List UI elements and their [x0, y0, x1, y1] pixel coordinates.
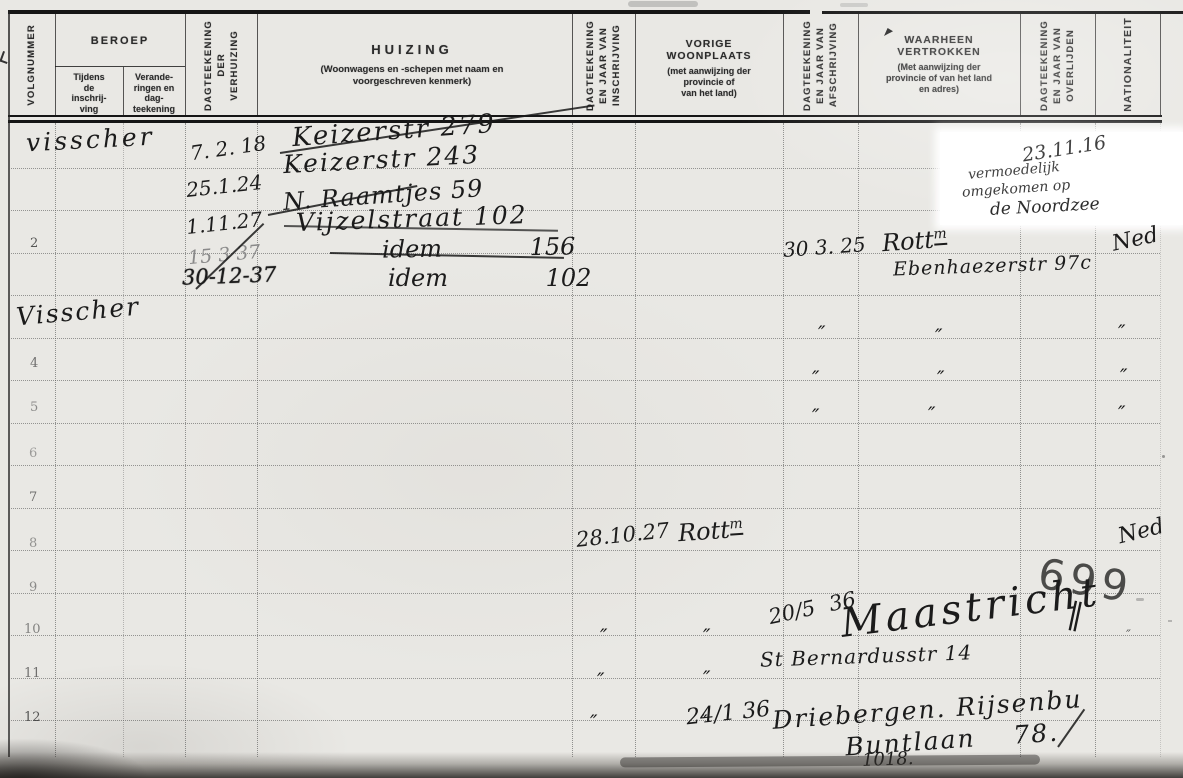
paper-smudge [628, 1, 698, 7]
entry-verhuizing-date: 30-12-37 [182, 264, 277, 288]
ditto-mark: ″ [597, 668, 604, 692]
ditto-mark: ″ [812, 366, 819, 390]
grid-line [123, 123, 124, 757]
header-rule [8, 115, 1162, 117]
row-line [8, 380, 1160, 381]
entry-vorige-woonplaats: Rottm [677, 517, 744, 545]
entry-huizing: idem 102 [388, 266, 591, 290]
row-number: 12 [24, 710, 41, 725]
row-line [8, 465, 1160, 466]
row-number: 10 [24, 622, 41, 637]
column-header-label: WAARHEEN [858, 34, 1020, 46]
entry-inschrijving-date: 28.10.27 [575, 520, 670, 551]
column-header-label: HUIZING [371, 42, 452, 57]
entry-verhuizing-date: 25.1.24 [185, 172, 263, 200]
column-header-label: (Met aanwijzing der [858, 62, 1020, 73]
column-header-label: DAGTEEKENING [203, 20, 214, 111]
entry-waarheen-extra: 1018. [862, 750, 914, 770]
grid-line [257, 14, 258, 115]
row-line [8, 635, 1160, 636]
column-header-afschrijving: DAGTEEKENING EN JAAR VAN AFSCHRIJVING [783, 16, 858, 114]
ditto-mark: ″ [600, 624, 607, 648]
grid-line [635, 123, 636, 757]
column-header-beroep: BEROEP [55, 35, 185, 47]
column-header-label: (met aanwijzing der [635, 66, 783, 77]
column-header-label: ving [55, 104, 123, 115]
column-header-waarheen-vertrokken: WAARHEEN VERTROKKEN [858, 34, 1020, 58]
paper-speck [1168, 620, 1172, 622]
ditto-mark: ″ [935, 324, 942, 348]
grid-line [55, 123, 56, 757]
column-header-label: en adres) [858, 84, 1020, 95]
column-header-label: DER [216, 53, 227, 77]
column-header-label: provincie of van het land [858, 73, 1020, 84]
register-card-scan: VOLGNUMMER BEROEP Tijdens de inschrij- v… [0, 0, 1183, 778]
column-header-huizing: HUIZING [262, 42, 562, 57]
column-header-waarheen-sub: (Met aanwijzing der provincie of van het… [858, 62, 1020, 95]
column-header-label: NATIONALITEIT [1122, 17, 1134, 112]
entry-afschrijving-date: 30 3. 25 [782, 234, 866, 260]
ditto-mark: ″ [1118, 320, 1125, 344]
column-header-beroep-sub1: Tijdens de inschrij- ving [55, 72, 123, 114]
row-line [8, 423, 1160, 424]
paper-speck [1136, 598, 1144, 601]
column-header-label: BEROEP [91, 35, 149, 47]
column-header-nationaliteit: NATIONALITEIT [1095, 14, 1160, 114]
scan-edge-smudge [620, 755, 1040, 768]
ditto-mark: ″ [812, 404, 819, 428]
column-header-beroep-sub2: Verande- ringen en dag- teekening [123, 72, 185, 114]
ditto-mark: ″ [937, 366, 944, 390]
column-header-label: VERHUIZING [229, 30, 240, 101]
column-header-label: EN JAAR VAN [598, 27, 609, 104]
entry-waarheen-adres: St Bernardusstr 14 [760, 642, 973, 669]
column-header-label: van het land) [635, 88, 783, 99]
column-header-label: DAGTEEKENING [1039, 20, 1050, 111]
ditto-mark: ″ [1118, 401, 1125, 425]
top-rule [8, 10, 810, 14]
row-number: 6 [29, 446, 37, 461]
column-header-vorige-sub: (met aanwijzing der provincie of van het… [635, 66, 783, 99]
row-number: 9 [29, 580, 37, 595]
column-header-label: WOONPLAATS [635, 50, 783, 62]
row-number: 4 [30, 356, 38, 371]
row-line [8, 295, 1160, 296]
column-header-label: VERTROKKEN [858, 46, 1020, 58]
column-header-label: teekening [123, 104, 185, 115]
entry-waarheen: Maastricht [839, 572, 1103, 644]
grid-line [55, 66, 185, 67]
column-header-label: EN JAAR VAN [815, 27, 826, 104]
entry-vorige-city: Rott [677, 516, 731, 548]
grid-line [572, 123, 573, 757]
column-header-overlijden: DAGTEEKENING EN JAAR VAN OVERLIJDEN [1020, 16, 1095, 114]
ditto-mark: ″ [703, 666, 710, 690]
entry-vorige-superscript: m [729, 516, 743, 536]
row-number: 2 [30, 236, 38, 251]
column-header-label: de [55, 83, 123, 94]
column-header-label: ringen en [123, 83, 185, 94]
entry-waarheen-superscript: m [933, 226, 947, 246]
ditto-mark: ″ [1126, 628, 1131, 643]
scan-edge-smudge [0, 752, 1183, 778]
column-header-label: Tijdens [55, 72, 123, 83]
row-line [8, 253, 1160, 254]
entry-nationaliteit: Ned [1110, 224, 1160, 255]
entry-waarheen: Rottm [881, 227, 948, 255]
ditto-mark: ″ [703, 624, 710, 648]
column-header-label: INSCHRIJVING [611, 24, 622, 106]
scan-edge-smudge [0, 738, 150, 778]
column-header-verhuizing: DAGTEEKENING DER VERHUIZING [185, 16, 257, 114]
entry-beroep: visscher [25, 124, 155, 156]
column-header-label: DAGTEEKENING [802, 20, 813, 111]
grid-line [8, 123, 10, 757]
ditto-mark: ″ [590, 710, 597, 734]
column-header-label: OVERLIJDEN [1065, 29, 1076, 102]
column-header-volgnummer: VOLGNUMMER [8, 16, 55, 114]
column-header-inschrijving: DAGTEEKENING EN JAAR VAN INSCHRIJVING [572, 16, 635, 114]
row-line [8, 338, 1160, 339]
entry-waarheen-adres: Ebenhaezerstr 97c [893, 254, 1093, 280]
column-header-label: EN JAAR VAN [1052, 27, 1063, 104]
ditto-mark: ″ [1120, 364, 1127, 388]
row-number: 5 [30, 400, 38, 415]
row-line [8, 508, 1160, 509]
row-line [8, 678, 1160, 679]
grid-line [635, 14, 636, 115]
row-line [8, 720, 1160, 721]
row-number: 7 [29, 490, 37, 505]
column-header-label: provincie of [635, 77, 783, 88]
column-header-huizing-sub: (Woonwagens en -schepen met naam en voor… [262, 64, 562, 88]
column-header-label: VOLGNUMMER [26, 24, 37, 106]
column-header-label: Verande- [123, 72, 185, 83]
header-rule [8, 120, 1162, 123]
column-header-label: dag- [123, 93, 185, 104]
entry-verhuizing-date: 7. 2. 18 [189, 133, 267, 163]
ditto-mark: ″ [818, 321, 825, 345]
row-number: 8 [29, 536, 37, 551]
column-header-label: AFSCHRIJVING [828, 22, 839, 107]
paper-speck [1162, 455, 1165, 458]
column-header-label: VORIGE [635, 38, 783, 50]
column-header-label: DAGTEEKENING [585, 20, 596, 111]
column-header-label: (Woonwagens en -schepen met naam en [262, 64, 562, 76]
entry-waarheen-city: Rott [881, 226, 935, 258]
column-header-label: inschrij- [55, 93, 123, 104]
column-header-vorige-woonplaats: VORIGE WOONPLAATS [635, 38, 783, 62]
paper-smudge [840, 3, 868, 7]
row-number: 11 [24, 666, 41, 681]
ditto-mark: ″ [928, 402, 935, 426]
column-header-label: voorgeschreven kenmerk) [262, 76, 562, 88]
grid-line [1160, 14, 1161, 115]
entry-nationaliteit: Ned [1116, 516, 1166, 549]
entry-afschrijving-date: 24/1 36 [685, 699, 771, 730]
